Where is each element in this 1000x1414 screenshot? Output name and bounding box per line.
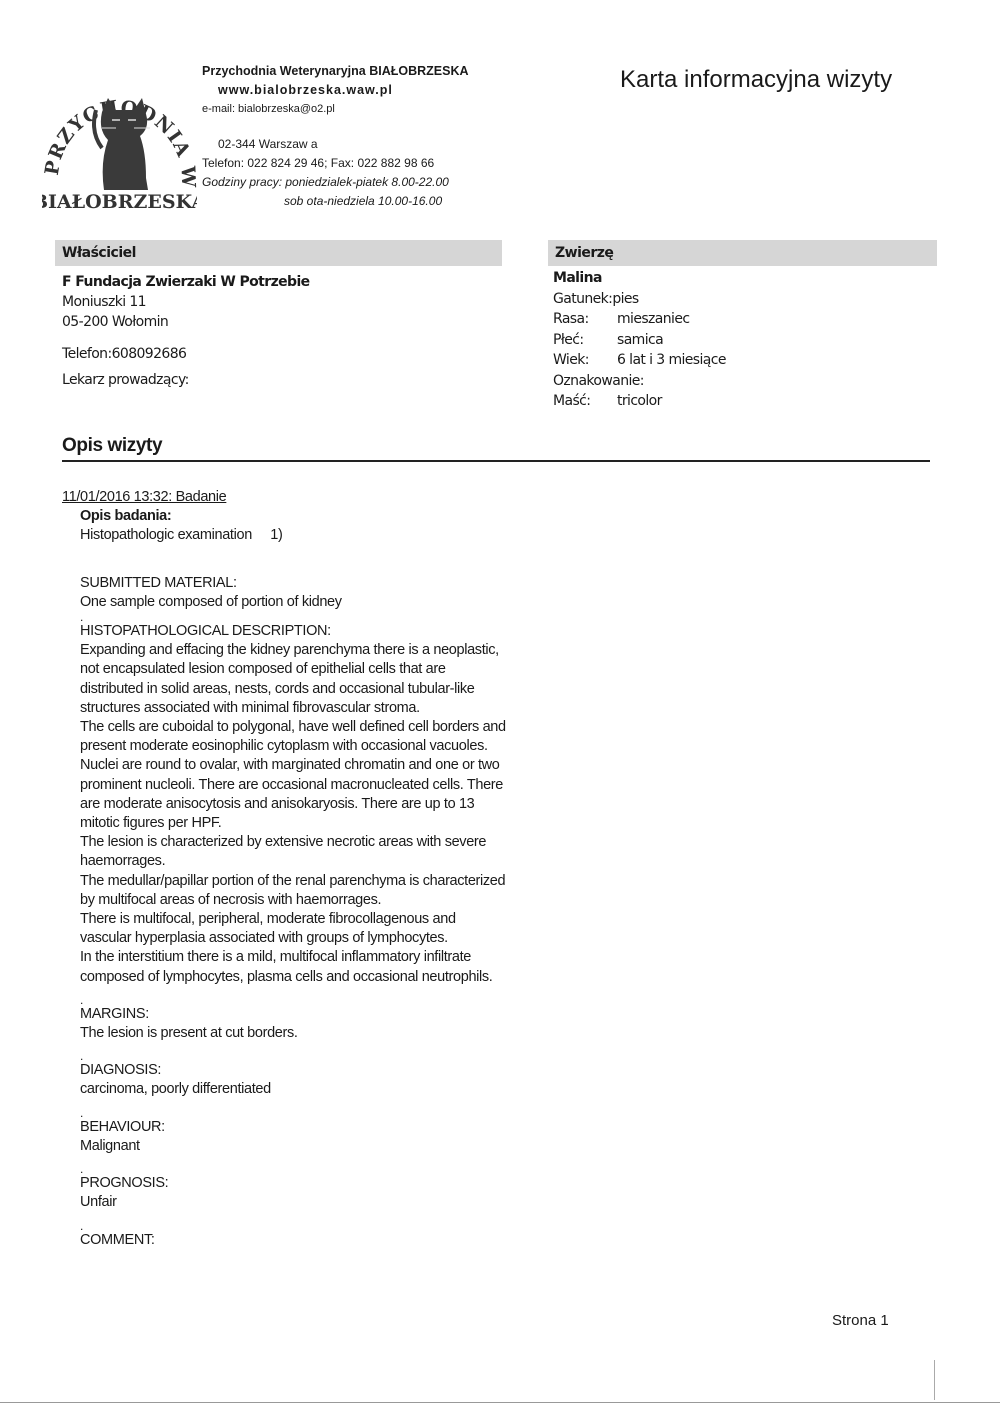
owner-phone-label: Telefon: [62,346,112,362]
clinic-hours-weekend: sob ota-niedziela 10.00-16.00 [202,192,469,211]
exam-label: Opis badania: [80,507,506,526]
diagnosis-label: DIAGNOSIS: [80,1061,506,1080]
clinic-name: Przychodnia Weterynaryjna BIAŁOBRZESKA [202,62,469,81]
histo-line: The lesion is characterized by extensive… [80,833,506,852]
cat-logo-icon: PRZYCHODNIA WETERYNARYJNA BIAŁOBRZESKA [42,52,197,212]
prognosis-label: PROGNOSIS: [80,1174,506,1193]
owner-phone-row: Telefon:608092686 [62,344,310,364]
clinic-address: 02-344 Warszaw a [202,135,469,154]
owner-street: Moniuszki 11 [62,292,310,312]
owner-section-header: Właściciel [55,240,502,266]
histo-line: distributed in solid areas, nests, cords… [80,680,506,699]
histo-line: composed of lymphocytes, plasma cells an… [80,968,506,987]
comment-label: COMMENT: [80,1231,506,1250]
histo-line: haemorrages. [80,852,506,871]
clinic-info: Przychodnia Weterynaryjna BIAŁOBRZESKA w… [202,62,469,211]
clinic-hours-weekday: Godziny pracy: poniedzialek-piatek 8.00-… [202,173,469,192]
animal-details: Malina Gatunek:pies Rasa:mieszaniec Płeć… [553,268,726,412]
document-title: Karta informacyjna wizyty [620,66,892,94]
margin-line [934,1360,935,1400]
visit-section-title: Opis wizyty [62,435,162,457]
animal-section-header: Zwierzę [548,240,937,266]
owner-city: 05-200 Wołomin [62,312,310,332]
margins-label: MARGINS: [80,1005,506,1024]
histo-line: In the interstitium there is a mild, mul… [80,948,506,967]
animal-field-color: Maść:tricolor [553,391,726,412]
histo-line: Nuclei are round to ovalar, with margina… [80,756,506,775]
animal-field-species: Gatunek:pies [553,289,726,310]
clinic-logo: PRZYCHODNIA WETERYNARYJNA BIAŁOBRZESKA [42,52,197,212]
prognosis-text: Unfair [80,1193,506,1212]
behaviour-label: BEHAVIOUR: [80,1118,506,1137]
clinic-website: www.bialobrzeska.waw.pl [202,81,469,100]
visit-entry-header: 11/01/2016 13:32: Badanie [62,488,506,507]
visit-content: 11/01/2016 13:32: Badanie Opis badania: … [62,488,506,1250]
logo-bottom-text: BIAŁOBRZESKA [42,191,197,212]
animal-field-sex: Płeć:samica [553,330,726,351]
histo-line: The cells are cuboidal to polygonal, hav… [80,718,506,737]
visit-divider [62,460,930,462]
owner-name: F Fundacja Zwierzaki W Potrzebie [62,272,310,292]
submitted-text: One sample composed of portion of kidney [80,593,506,612]
histo-line: There is multifocal, peripheral, moderat… [80,910,506,929]
clinic-email: e-mail: bialobrzeska@o2.pl [202,100,469,119]
animal-field-age: Wiek:6 lat i 3 miesiące [553,350,726,371]
histo-line: Expanding and effacing the kidney parenc… [80,641,506,660]
histo-line: present moderate eosinophilic cytoplasm … [80,737,506,756]
margins-text: The lesion is present at cut borders. [80,1024,506,1043]
submitted-label: SUBMITTED MATERIAL: [80,574,506,593]
histo-label: HISTOPATHOLOGICAL DESCRIPTION: [80,622,506,641]
diagnosis-text: carcinoma, poorly differentiated [80,1080,506,1099]
histo-line: vascular hyperplasia associated with gro… [80,929,506,948]
histo-line: by multifocal areas of necrosis with hae… [80,891,506,910]
histo-line: mitotic figures per HPF. [80,814,506,833]
animal-field-breed: Rasa:mieszaniec [553,309,726,330]
histo-description: Expanding and effacing the kidney parenc… [80,641,506,987]
bottom-border [0,1402,1000,1403]
owner-details: F Fundacja Zwierzaki W Potrzebie Moniusz… [62,272,310,390]
clinic-phone-fax: Telefon: 022 824 29 46; Fax: 022 882 98 … [202,154,469,173]
behaviour-text: Malignant [80,1137,506,1156]
doctor-label: Lekarz prowadzący: [62,370,310,390]
animal-field-marking: Oznakowanie: [553,371,726,392]
page-number: Strona 1 [832,1312,889,1329]
histo-line: not encapsulated lesion composed of epit… [80,660,506,679]
animal-name: Malina [553,268,726,289]
histo-line: are moderate anisocytosis and anisokaryo… [80,795,506,814]
histo-line: The medullar/papillar portion of the ren… [80,872,506,891]
owner-phone: 608092686 [112,346,187,362]
histo-line: prominent nucleoli. There are occasional… [80,776,506,795]
histo-line: structures associated with minimal fibro… [80,699,506,718]
exam-name: Histopathologic examination 1) [80,526,506,545]
